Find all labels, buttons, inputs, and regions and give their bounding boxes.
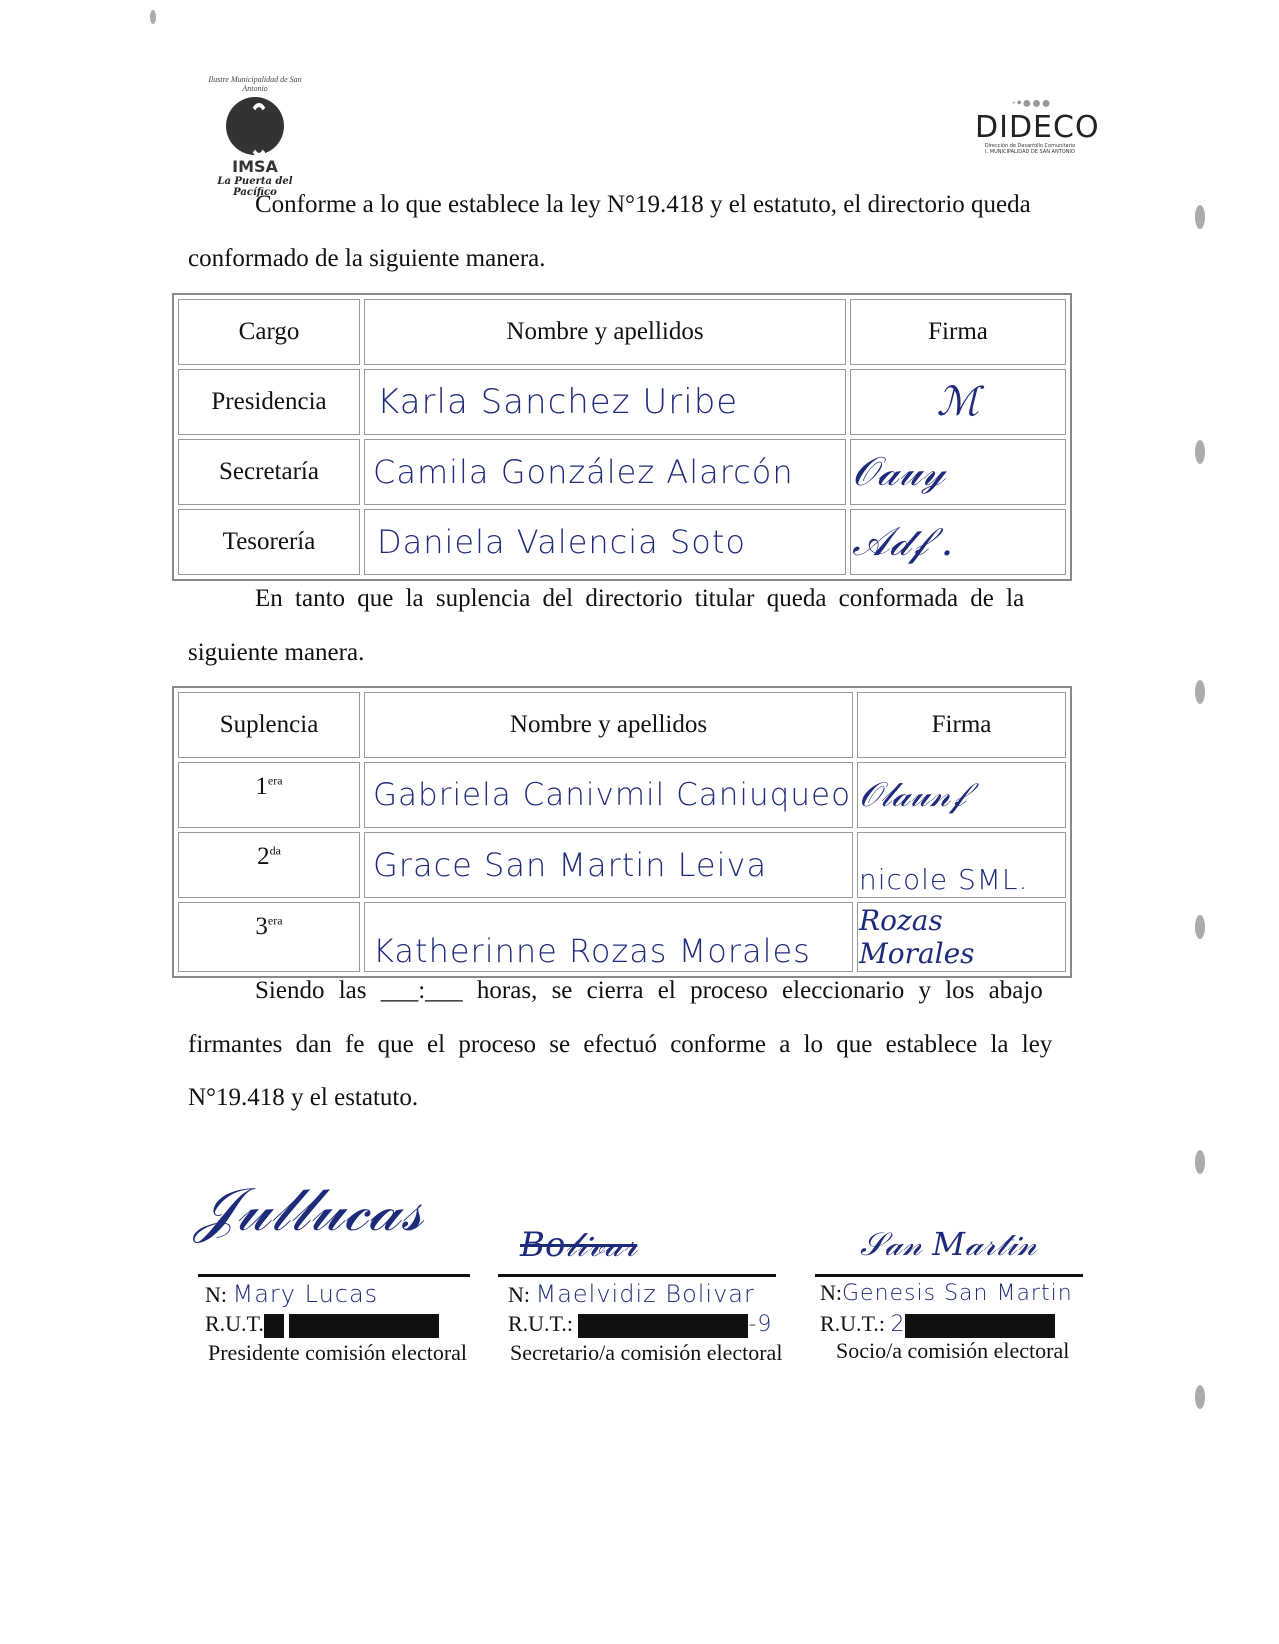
ordinal-suffix: da xyxy=(270,844,281,858)
closing-line-2: firmantes dan fe que el proceso se efect… xyxy=(188,1032,1052,1057)
signatory-1-name: N: Mary Lucas xyxy=(205,1280,378,1308)
logo-name: IMSA xyxy=(195,157,315,176)
rut-label: R.U.T.: xyxy=(820,1311,885,1336)
directorio-table: Cargo Nombre y apellidos Firma Presidenc… xyxy=(172,293,1072,581)
suplencia-num-cell: 1era xyxy=(178,762,360,828)
nombre-cell: Karla Sanchez Uribe xyxy=(364,369,846,435)
scan-speck xyxy=(150,10,156,24)
firma-cell: 𝒪𝓁𝒶𝓊𝓃𝒻 xyxy=(857,762,1066,828)
signature-secretary: 𝐵𝑜𝓁𝒾𝓋𝒶𝓇 xyxy=(520,1225,637,1265)
table-header-row: Cargo Nombre y apellidos Firma xyxy=(178,299,1066,365)
redacted-block xyxy=(289,1314,439,1338)
scan-speck xyxy=(1195,1385,1205,1409)
header-suplencia: Suplencia xyxy=(178,692,360,758)
header-cargo: Cargo xyxy=(178,299,360,365)
n-label: N: xyxy=(820,1280,842,1305)
scan-speck xyxy=(1195,440,1205,464)
signatory-1-role: Presidente comisión electoral xyxy=(208,1340,467,1366)
signatory-2-rut: R.U.T.: -9 xyxy=(508,1311,772,1338)
signatory-3-name: N:Genesis San Martin xyxy=(820,1280,1073,1306)
intro-line-2: conformado de la siguiente manera. xyxy=(188,246,546,271)
scan-speck xyxy=(1195,915,1205,939)
firma-cell: Rozas Morales xyxy=(857,902,1066,972)
cargo-cell: Presidencia xyxy=(178,369,360,435)
suplencia-num-cell: 3era xyxy=(178,902,360,972)
imsa-logo: Ilustre Municipalidad de San Antonio IMS… xyxy=(195,75,315,198)
intro-line-1: Conforme a lo que establece la ley N°19.… xyxy=(255,192,1095,217)
signatory-3-rut: R.U.T.: 2 xyxy=(820,1311,1055,1338)
closing-line-3: N°19.418 y el estatuto. xyxy=(188,1085,418,1110)
nombre-cell: Daniela Valencia Soto xyxy=(364,509,846,575)
signature-socio: 𝒮𝒶𝓃 𝑀𝒶𝓇𝓉𝒾𝓃 xyxy=(860,1225,1037,1264)
suplencia-table: Suplencia Nombre y apellidos Firma 1era … xyxy=(172,686,1072,978)
dideco-logo: · • ● ● ● DIDECO Dirección de Desarrollo… xyxy=(975,95,1085,155)
signature-president: 𝒥𝓊𝓁𝓁𝓊𝒸𝒶𝓈 xyxy=(195,1175,423,1245)
ordinal-suffix: era xyxy=(268,914,283,928)
header-nombre: Nombre y apellidos xyxy=(364,299,846,365)
header-firma: Firma xyxy=(850,299,1066,365)
header-nombre: Nombre y apellidos xyxy=(364,692,853,758)
firma-cell: nicole SML. xyxy=(857,832,1066,898)
nombre-cell: Camila González Alarcón xyxy=(364,439,846,505)
table-row: Presidencia Karla Sanchez Uribe ℳ xyxy=(178,369,1066,435)
firma-cell: 𝒜𝒹𝒻 . xyxy=(850,509,1066,575)
rut-label: R.U.T. xyxy=(205,1311,264,1336)
scan-speck xyxy=(1195,680,1205,704)
suplencia-intro-line-2: siguiente manera. xyxy=(188,640,364,665)
nombre-cell: Katherinne Rozas Morales xyxy=(364,902,853,972)
scan-speck xyxy=(1195,1150,1205,1174)
n-label: N: xyxy=(508,1282,530,1307)
cargo-cell: Tesorería xyxy=(178,509,360,575)
n-label: N: xyxy=(205,1282,227,1307)
scan-speck xyxy=(1195,205,1205,229)
redacted-block xyxy=(905,1314,1055,1338)
table-row: Tesorería Daniela Valencia Soto 𝒜𝒹𝒻 . xyxy=(178,509,1066,575)
rut-label: R.U.T.: xyxy=(508,1311,573,1336)
signature-line xyxy=(498,1274,776,1277)
ordinal-number: 1 xyxy=(255,773,268,800)
logo-ring-text: Ilustre Municipalidad de San Antonio xyxy=(195,75,315,93)
table-row: 2da Grace San Martin Leiva nicole SML. xyxy=(178,832,1066,898)
signatory-name: Maelvidiz Bolivar xyxy=(536,1280,755,1308)
suplencia-num-cell: 2da xyxy=(178,832,360,898)
firma-cell: ℳ xyxy=(850,369,1066,435)
logo-emblem-icon xyxy=(226,97,284,155)
signatory-name: Mary Lucas xyxy=(233,1280,379,1308)
dideco-subtitle-2: I. MUNICIPALIDAD DE SAN ANTONIO xyxy=(975,149,1085,155)
ordinal-number: 3 xyxy=(255,913,268,940)
ordinal-suffix: era xyxy=(268,774,283,788)
cargo-cell: Secretaría xyxy=(178,439,360,505)
signatory-2-role: Secretario/a comisión electoral xyxy=(510,1340,782,1366)
signatory-name: Genesis San Martin xyxy=(842,1281,1073,1306)
nombre-cell: Gabriela Canivmil Caniuqueo xyxy=(364,762,853,828)
rut-visible: 2 xyxy=(890,1312,905,1337)
dideco-name: DIDECO xyxy=(975,113,1085,143)
closing-line-1: Siendo las ___:___ horas, se cierra el p… xyxy=(255,978,1043,1003)
signatory-3-role: Socio/a comisión electoral xyxy=(836,1338,1069,1364)
firma-cell: 𝒪𝒶𝓊𝓎 xyxy=(850,439,1066,505)
nombre-cell: Grace San Martin Leiva xyxy=(364,832,853,898)
table-row: 1era Gabriela Canivmil Caniuqueo 𝒪𝓁𝒶𝓊𝓃𝒻 xyxy=(178,762,1066,828)
suplencia-intro-line-1: En tanto que la suplencia del directorio… xyxy=(255,586,1095,611)
signature-line xyxy=(815,1274,1083,1277)
redacted-block xyxy=(578,1314,748,1338)
redacted-block xyxy=(264,1314,284,1338)
header-firma: Firma xyxy=(857,692,1066,758)
signatory-1-rut: R.U.T. xyxy=(205,1311,439,1338)
rut-visible: -9 xyxy=(748,1312,772,1337)
signature-line xyxy=(198,1274,470,1277)
ordinal-number: 2 xyxy=(257,843,270,870)
table-header-row: Suplencia Nombre y apellidos Firma xyxy=(178,692,1066,758)
table-row: Secretaría Camila González Alarcón 𝒪𝒶𝓊𝓎 xyxy=(178,439,1066,505)
table-row: 3era Katherinne Rozas Morales Rozas Mora… xyxy=(178,902,1066,972)
signatory-2-name: N: Maelvidiz Bolivar xyxy=(508,1280,755,1308)
